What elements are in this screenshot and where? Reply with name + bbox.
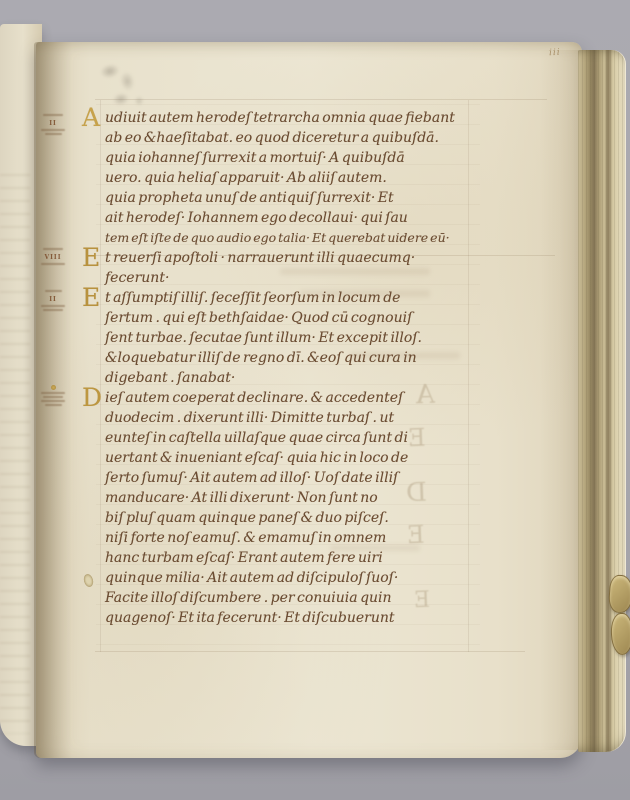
text-line: Facite illoſ diſcumbere . per conuiuia q… bbox=[105, 588, 470, 608]
gloss-scribble bbox=[45, 133, 62, 135]
text-line: ſent turbae. ſecutae ſunt illum· Et exce… bbox=[105, 328, 470, 348]
text-line: tem eſt iſte de quo audio ego talia· Et … bbox=[105, 228, 470, 248]
text-section-bethsaida: E t aſſumptiſ illiſ. ſeceſſit ſeorſum in… bbox=[105, 288, 470, 388]
gloss-scribble bbox=[43, 248, 63, 250]
text-line: duodecim . dixerunt illi· Dimitte turbaſ… bbox=[105, 408, 470, 428]
text-line: quinque milia· Ait autem ad diſcipuloſ ſ… bbox=[105, 568, 470, 588]
illuminated-initial: A bbox=[82, 105, 100, 130]
horizontal-ruling bbox=[95, 99, 547, 100]
photo-of-manuscript: iii A E D E E ii viii ii bbox=[0, 0, 630, 800]
illuminated-initial: E bbox=[82, 285, 100, 310]
folio-number: iii bbox=[549, 48, 561, 58]
illuminated-initial: D bbox=[82, 385, 102, 410]
vertical-ruling-left bbox=[100, 100, 101, 652]
gloss-scribble bbox=[45, 290, 62, 292]
facing-page-showthrough-texture bbox=[0, 174, 30, 734]
text-line: fecerunt· bbox=[105, 268, 470, 288]
gloss-scribble bbox=[41, 392, 65, 394]
text-line: uero. quia heliaſ apparuit· Ab aliiſ aut… bbox=[105, 168, 470, 188]
book-clasp-remnant bbox=[608, 574, 630, 614]
canon-numeral: viii bbox=[36, 252, 70, 261]
text-line: quagenoſ· Et ita fecerunt· Et diſcubueru… bbox=[105, 608, 470, 628]
text-line: ieſ autem coeperat declinare. & accedent… bbox=[105, 388, 470, 408]
text-line: quia iohanneſ ſurrexit a mortuiſ· A quib… bbox=[105, 148, 470, 168]
text-section-feeding-five-thousand: D ieſ autem coeperat declinare. & accede… bbox=[105, 388, 470, 628]
horizontal-ruling bbox=[95, 651, 525, 652]
text-line: uertant & inueniant eſcaſ· quia hic in l… bbox=[105, 448, 470, 468]
text-line: biſ pluſ quam quinque paneſ & duo piſceſ… bbox=[105, 508, 470, 528]
text-line: ab eo &haeſitabat. eo quod diceretur a q… bbox=[105, 128, 470, 148]
text-line: udiuit autem herodeſ tetrarcha omnia qua… bbox=[105, 108, 470, 128]
gloss-scribble bbox=[41, 305, 65, 307]
text-line: t aſſumptiſ illiſ. ſeceſſit ſeorſum in l… bbox=[105, 288, 470, 308]
canon-numeral: ii bbox=[36, 294, 70, 303]
gloss-scribble bbox=[41, 400, 65, 402]
gold-mark bbox=[51, 385, 56, 390]
margin-note: ii bbox=[36, 288, 70, 313]
margin-note: ii bbox=[36, 112, 70, 137]
gloss-scribble bbox=[45, 404, 62, 406]
text-line: hanc turbam eſcaſ· Erant autem fere uiri bbox=[105, 548, 470, 568]
canon-numeral: ii bbox=[36, 118, 70, 127]
illuminated-initial: E bbox=[82, 245, 100, 270]
margin-note bbox=[36, 384, 70, 408]
text-line: ait herodeſ· Iohannem ego decollaui· qui… bbox=[105, 208, 470, 228]
gloss-scribble bbox=[43, 114, 63, 116]
text-section-apostles-return: E t reuerſi apoſtoli · narrauerunt illi … bbox=[105, 248, 470, 288]
margin-note: viii bbox=[36, 246, 70, 267]
text-line: ſertum . qui eſt bethſaidae· Quod cū cog… bbox=[105, 308, 470, 328]
manuscript-text-block: A udiuit autem herodeſ tetrarcha omnia q… bbox=[105, 108, 470, 628]
text-line: &loquebatur illiſ de regno dī. &eoſ qui … bbox=[105, 348, 470, 368]
text-section-herod: A udiuit autem herodeſ tetrarcha omnia q… bbox=[105, 108, 470, 248]
text-line: ſerto ſumuſ· Ait autem ad illoſ· Uoſ dat… bbox=[105, 468, 470, 488]
gloss-scribble bbox=[43, 396, 63, 398]
text-line: niſi forte noſ eamuſ. & emamuſ in omnem bbox=[105, 528, 470, 548]
gloss-scribble bbox=[41, 129, 65, 131]
text-line: t reuerſi apoſtoli · narrauerunt illi qu… bbox=[105, 248, 470, 268]
text-line: quia propheta unuſ de antiquiſ ſurrexit·… bbox=[105, 188, 470, 208]
gloss-scribble bbox=[43, 309, 63, 311]
text-line: eunteſ in caſtella uillaſque quae circa … bbox=[105, 428, 470, 448]
text-line: digebant . ſanabat· bbox=[105, 368, 470, 388]
text-line: manducare· At illi dixerunt· Non ſunt no bbox=[105, 488, 470, 508]
gloss-scribble bbox=[41, 263, 65, 265]
